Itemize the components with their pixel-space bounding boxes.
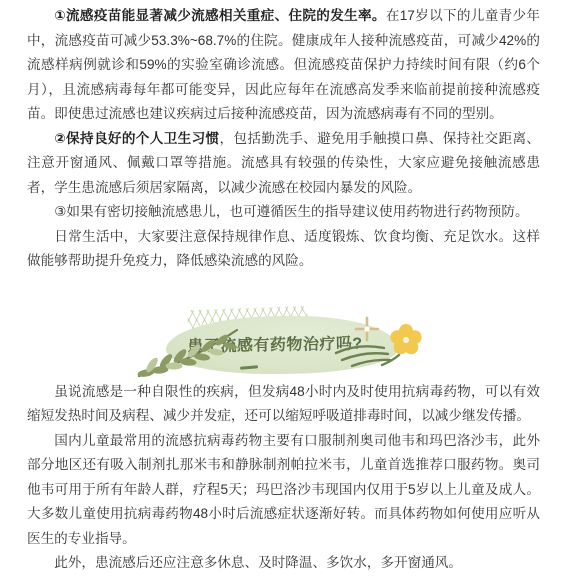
paragraph-text: 国内儿童最常用的流感抗病毒药物主要有口服制剂奥司他韦和玛巴洛沙韦，此外部分地区还… <box>27 433 540 546</box>
paragraph-hygiene: ②保持良好的个人卫生习惯，包括勤洗手、避免用手触摸口鼻、保持社交距离、注意开窗通… <box>27 127 540 201</box>
paragraph-vaccine-effect: ①流感疫苗能显著减少流感相关重症、住院的发生率。在17岁以下的儿童青少年中，流感… <box>27 4 540 127</box>
paragraph-text: 虽说流感是一种自限性的疾病，但发病48小时内及时使用抗病毒药物，可以有效缩短发热… <box>27 384 540 424</box>
document-page: ①流感疫苗能显著减少流感相关重症、住院的发生率。在17岁以下的儿童青少年中，流感… <box>0 0 567 579</box>
paragraph-prophylaxis: ③如果有密切接触流感患儿，也可遵循医生的指导建议使用药物进行药物预防。 <box>27 200 540 225</box>
paragraph-text: 在17岁以下的儿童青少年中，流感疫苗可减少53.3%~68.7%的住院。健康成年… <box>27 8 540 121</box>
section-banner: 患了流感有药物治疗吗? <box>0 274 567 380</box>
paragraph-text: ③如果有密切接触流感患儿，也可遵循医生的指导建议使用药物进行药物预防。 <box>54 204 528 219</box>
leaf-branch-icon <box>136 320 242 380</box>
paragraph-care-advice: 此外，患流感后还应注意多休息、及时降温、多饮水，多开窗通风。 <box>27 551 540 576</box>
paragraph-bold-lead: ②保持良好的个人卫生习惯 <box>54 131 219 146</box>
sparkle-plus-icon <box>354 316 380 342</box>
paragraph-text: 日常生活中，大家要注意保持规律作息、适度锻炼、饮食均衡、充足饮水。这样做能够帮助… <box>27 229 540 269</box>
section-treatment: 虽说流感是一种自限性的疾病，但发病48小时内及时使用抗病毒药物，可以有效缩短发热… <box>0 380 567 576</box>
paragraph-bold-lead: ①流感疫苗能显著减少流感相关重症、住院的发生率。 <box>54 8 386 23</box>
paragraph-antiviral-drugs: 国内儿童最常用的流感抗病毒药物主要有口服制剂奥司他韦和玛巴洛沙韦，此外部分地区还… <box>27 429 540 552</box>
section-prevention: ①流感疫苗能显著减少流感相关重症、住院的发生率。在17岁以下的儿童青少年中，流感… <box>0 0 567 274</box>
paragraph-daily-life: 日常生活中，大家要注意保持规律作息、适度锻炼、饮食均衡、充足饮水。这样做能够帮助… <box>27 225 540 274</box>
paragraph-antiviral-timing: 虽说流感是一种自限性的疾病，但发病48小时内及时使用抗病毒药物，可以有效缩短发热… <box>27 380 540 429</box>
flower-icon <box>388 321 424 361</box>
paragraph-text: 此外，患流感后还应注意多休息、及时降温、多饮水，多开窗通风。 <box>54 555 462 570</box>
